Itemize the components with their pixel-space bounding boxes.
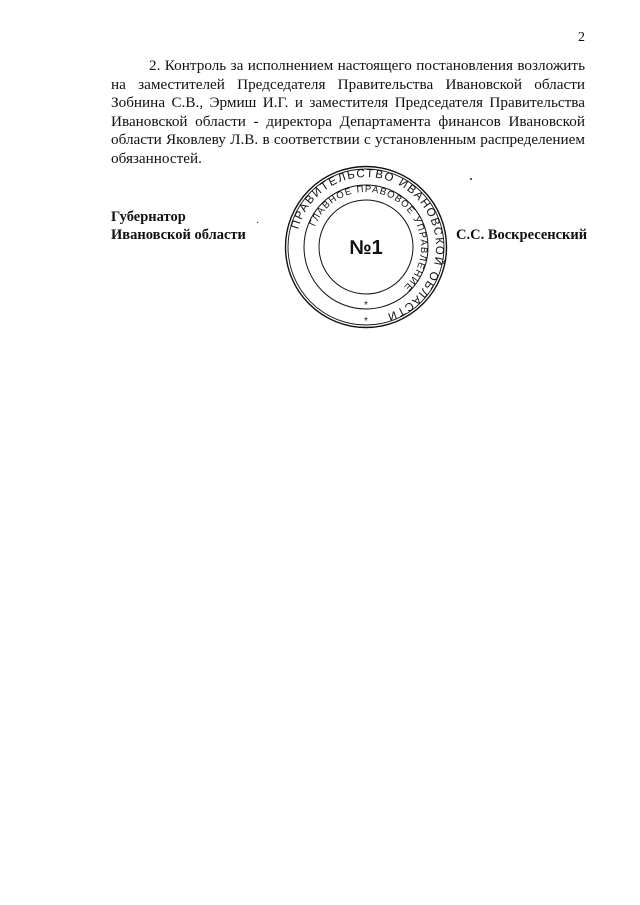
paragraph-line: области Яковлеву Л.В. в соответствии с у…: [111, 131, 585, 150]
signatory-title: Губернатор: [111, 209, 246, 227]
paragraph-line: на заместителей Председателя Правительст…: [111, 76, 585, 95]
stamp-star-icon: *: [364, 316, 368, 327]
signatory-position: Губернатор Ивановской области ·: [111, 209, 246, 244]
paragraph-line: Ивановской области - директора Департаме…: [111, 113, 585, 132]
body-paragraph: 2. Контроль за исполнением настоящего по…: [111, 57, 585, 169]
signatory-name: С.С. Воскресенский: [456, 227, 587, 245]
ink-speck: ·: [256, 215, 259, 233]
paragraph-line: 2. Контроль за исполнением настоящего по…: [111, 57, 585, 76]
paragraph-line: Зобнина С.В., Эрмиш И.Г. и заместителя П…: [111, 94, 585, 113]
stamp-star-icon: *: [364, 300, 368, 311]
ink-speck: [470, 178, 472, 180]
page-number: 2: [578, 30, 585, 46]
official-stamp: ПРАВИТЕЛЬСТВО ИВАНОВСКОЙ ОБЛАСТИ ГЛАВНОЕ…: [283, 164, 449, 330]
signatory-region: Ивановской области: [111, 227, 246, 245]
stamp-seal-icon: ПРАВИТЕЛЬСТВО ИВАНОВСКОЙ ОБЛАСТИ ГЛАВНОЕ…: [283, 164, 449, 330]
stamp-center-number: №1: [349, 237, 382, 259]
